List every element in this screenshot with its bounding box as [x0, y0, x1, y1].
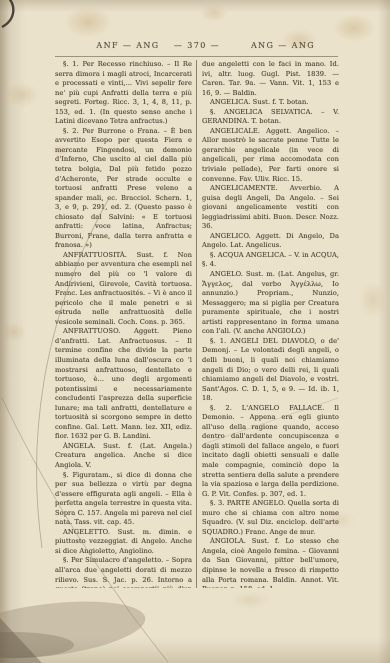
smudge-stain	[0, 592, 148, 663]
dictionary-paragraph: ANGELICO. Aggett. Di Angelo, Da Angelo. …	[202, 232, 339, 251]
column-left: §. 1. Per Recesso rinchiuso. – Il Re ser…	[55, 60, 196, 588]
dictionary-paragraph: §. Per Simulacro d'angeletto. – Sopra al…	[55, 556, 192, 588]
corner-shadow	[0, 618, 42, 663]
text-block: §. 1. Per Recesso rinchiuso. – Il Re ser…	[55, 60, 339, 588]
dictionary-paragraph: due angeletti con le faci in mano. Id. i…	[202, 60, 339, 98]
dictionary-paragraph: §. 2. Per Burrone o Frana. – È ben avver…	[55, 127, 192, 251]
dictionary-paragraph: ANGELETTO. Sust. m. dimin. e piuttosto v…	[55, 528, 192, 557]
page-number: — 370 —	[157, 41, 237, 50]
dictionary-paragraph: §. 2. L'ANGELO FALLACE. Il Demonio. – Ap…	[202, 404, 339, 499]
dictionary-paragraph: ANGELICALE. Aggett. Angelico. – Allor mo…	[202, 127, 339, 184]
column-right: due angeletti con le faci in mano. Id. i…	[196, 60, 339, 588]
smudge-stain-dark	[0, 632, 74, 658]
dictionary-paragraph: §. 3. PARTE ANGELO. Quella sorta di muro…	[202, 499, 339, 537]
dictionary-paragraph: §. Figuratam., si dice di donna che per …	[55, 471, 192, 528]
dictionary-paragraph: ANFRATTUOSO. Aggett. Pieno d'anfratti. L…	[55, 327, 192, 442]
header-rule	[55, 56, 338, 57]
dictionary-paragraph: ÀNGELA. Sust. f. (Lat. Angela.) Creatura…	[55, 442, 192, 471]
dictionary-paragraph: ANGELICAMENTE. Avverbio. A guisa degli A…	[202, 184, 339, 232]
dictionary-paragraph: §. 1. ANGELI DEL DIAVOLO, o de' Demonj. …	[202, 337, 339, 404]
dictionary-paragraph: ANGELO. Sust. m. (Lat. Angelus, gr. Ἄγγε…	[202, 270, 339, 337]
dictionary-paragraph: ANGELICA. Sust. f. T. botan.	[202, 98, 339, 108]
dictionary-paragraph: §. 1. Per Recesso rinchiuso. – Il Re ser…	[55, 60, 192, 127]
dictionary-paragraph: ÀNGIOLA. Sust. f. Lo stesso che Angela, …	[202, 537, 339, 588]
dictionary-paragraph: ANFRATTUOSITÀ. Sust. f. Non abbiamo per …	[55, 251, 192, 327]
dictionary-paragraph: §. ANGELICA SELVATICA. – V. GERANDINA. T…	[202, 108, 339, 127]
dictionary-paragraph: §. ACQUA ANGELICA. – V. in ACQUA, §. 4.	[202, 251, 339, 270]
running-head-right: ANG — ANG	[238, 41, 328, 50]
book-page-scan: ANF — ANG — 370 — ANG — ANG §. 1. Per Re…	[0, 0, 390, 663]
ink-mark	[2, 0, 13, 27]
